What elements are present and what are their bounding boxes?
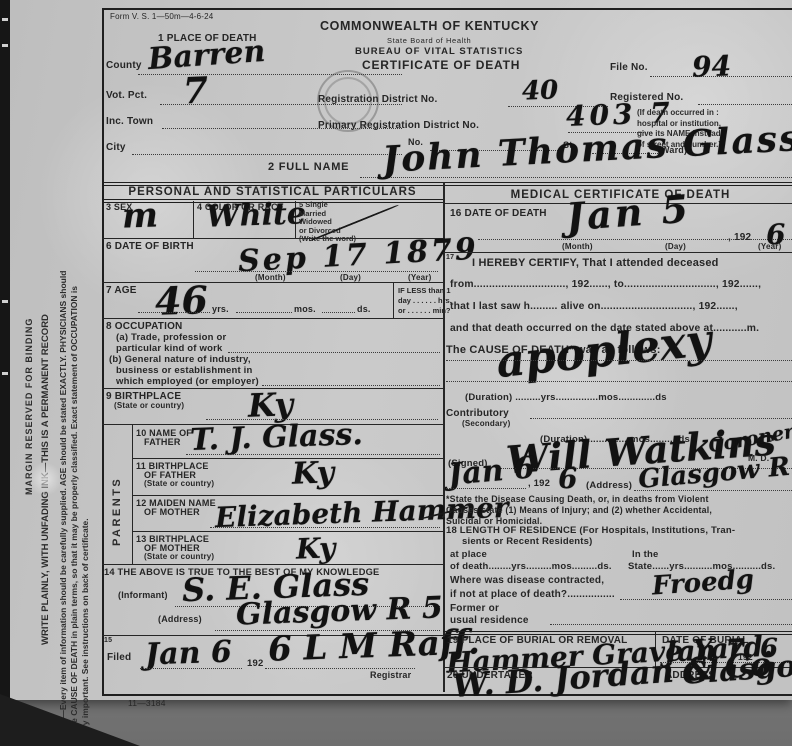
father-bp-label3: (State or country) <box>144 479 214 488</box>
father-name-label2: FATHER <box>144 437 181 447</box>
vot-pct-value: 7 <box>182 70 209 113</box>
registered-no-label: Registered No. <box>610 92 683 103</box>
full-name-label: 2 FULL NAME <box>268 161 349 173</box>
age-row-rule <box>102 318 443 319</box>
signed-date-line <box>446 488 526 489</box>
sex-value: m <box>121 195 158 236</box>
parents-cell-divider <box>132 424 133 564</box>
parents-vertical-label: PARENTS <box>111 438 123 546</box>
signed-address-line <box>634 490 792 491</box>
contracted-label2: if not at place of death?...............… <box>450 589 615 600</box>
father-bp-value: Ky <box>291 455 334 491</box>
certificate-paper: MARGIN RESERVED FOR BINDING WRITE PLAINL… <box>10 0 792 700</box>
dob-label: 6 DATE OF BIRTH <box>106 241 194 252</box>
age-label: 7 AGE <box>106 285 137 296</box>
contracted-line <box>620 599 792 600</box>
cause-line2 <box>446 381 792 382</box>
state-board-label: State Board of Health <box>387 36 471 45</box>
age-ds-line <box>322 312 355 313</box>
age-mos-line <box>236 312 292 313</box>
margin-nb-line: state CAUSE OF DEATH in plain terms, so … <box>69 28 80 738</box>
color-race-value: White <box>205 196 306 234</box>
dob-month-sub: (Month) <box>255 273 286 282</box>
county-label: County <box>106 60 142 71</box>
reg-district-value: 40 <box>521 75 558 106</box>
dod-year-sub: (Year) <box>758 242 781 251</box>
age-yrs-label: yrs. <box>212 304 229 314</box>
margin-binding-text: MARGIN RESERVED FOR BINDING <box>24 275 34 495</box>
residence-label1: 18 LENGTH OF RESIDENCE (For Hospitals, I… <box>446 525 735 536</box>
former-line <box>550 624 792 625</box>
file-no-label: File No. <box>610 62 648 73</box>
occupation-b3: which employed (or employer) <box>116 376 259 387</box>
dod-day-sub: (Day) <box>665 242 686 251</box>
residence-label2: sients or Recent Residents) <box>462 536 593 547</box>
margin-write-plainly-text: WRITE PLAINLY, WITH UNFADING INK—THIS IS… <box>40 155 51 645</box>
signed-year-value: 6 <box>557 462 578 496</box>
vot-pct-label: Vot. Pct. <box>106 90 147 101</box>
former-label1: Former or <box>450 603 499 614</box>
occupation-a1: (a) Trade, profession or <box>116 332 226 343</box>
reg-district-label: Registration District No. <box>318 94 437 105</box>
contracted-label1: Where was disease contracted, <box>450 575 604 586</box>
contributory-label: Contributory <box>446 408 509 419</box>
occupation-b2: business or establishment in <box>116 365 253 376</box>
dod-month-sub: (Month) <box>562 242 593 251</box>
filed-date-value: Jan 6 <box>144 634 232 672</box>
ifless-line: day . . . . . . hrs. <box>398 296 452 306</box>
signed-address-label: (Address) <box>586 480 632 491</box>
filed-no: 15 <box>104 637 112 644</box>
age-value: 46 <box>154 277 208 324</box>
margin-nb-note: N. B.—Every item of information should b… <box>58 28 91 738</box>
registrar-label: Registrar <box>370 670 411 680</box>
occupation-b1: (b) General nature of industry, <box>109 354 251 365</box>
certificate-title: CERTIFICATE OF DEATH <box>362 58 520 72</box>
age-mos-label: mos. <box>294 304 316 314</box>
city-label: City <box>106 142 126 153</box>
hole-punch-mark <box>28 462 62 496</box>
certify-line1: I HEREBY CERTIFY, That I attended deceas… <box>472 257 719 269</box>
city-line <box>132 154 402 155</box>
registered-no-line <box>698 104 792 105</box>
secondary-label: (Secondary) <box>462 419 510 428</box>
contributory-line <box>530 418 792 419</box>
form-number: Form V. S. 1—50m—4-6-24 <box>110 12 213 21</box>
dod-label: 16 DATE OF DEATH <box>450 208 547 219</box>
hospital-note-line: (If death occurred in : <box>637 108 721 119</box>
informant-address-label: (Address) <box>158 614 202 624</box>
commonwealth-title: COMMONWEALTH OF KENTUCKY <box>320 19 539 33</box>
dob-day-sub: (Day) <box>340 273 361 282</box>
father-name-line <box>186 454 440 455</box>
star-note-line1: *State the Disease Causing Death, or, in… <box>446 494 709 504</box>
at-place-label: at place <box>450 549 487 560</box>
file-no-value: 94 <box>691 49 731 83</box>
signed-192-label: , 192 <box>528 478 550 489</box>
certify-line3: that I last saw h......... alive on.....… <box>450 301 738 312</box>
plate-number: 11—3184 <box>128 698 166 708</box>
margin-nb-line: N. B.—Every item of information should b… <box>58 28 69 738</box>
mother-bp-label3: (State or country) <box>144 552 214 561</box>
registrar-line <box>265 668 415 669</box>
sex-cell-divider <box>193 201 194 238</box>
mother-row-rule <box>132 531 443 532</box>
occupation-a-line <box>228 352 440 353</box>
parents-bottom-rule <box>102 564 443 565</box>
edge-mark <box>2 44 8 47</box>
age-yrs-line <box>138 312 210 313</box>
dob-line <box>195 271 438 272</box>
cause-line1 <box>446 360 792 361</box>
edge-mark <box>2 300 8 303</box>
filed-192-label: 192 <box>247 658 263 669</box>
dob-year-sub: (Year) <box>408 273 431 282</box>
mother-name-line <box>210 527 440 528</box>
mother-bp-value: Ky <box>295 531 335 565</box>
former-label2: usual residence <box>450 615 529 626</box>
ifless-box: IF LESS than 1 day . . . . . . hrs. or .… <box>398 286 452 316</box>
edge-mark <box>2 372 8 375</box>
filed-label: Filed <box>107 652 131 663</box>
edge-mark <box>2 18 8 21</box>
of-death-label: of death........yrs.........mos.........… <box>450 561 612 572</box>
inc-town-label: Inc. Town <box>106 116 153 127</box>
informant-label: (Informant) <box>118 590 168 600</box>
filed-date-line <box>140 668 242 669</box>
father-row-rule <box>132 458 443 459</box>
margin-nb-line: very important. See instructions on back… <box>80 28 91 738</box>
ifless-box-divider <box>393 282 394 318</box>
primary-reg-label: Primary Registration District No. <box>318 120 479 131</box>
occupation-label: 8 OCCUPATION <box>106 321 182 332</box>
certify-line2: from.............................., 192.… <box>450 279 761 290</box>
father-name-value: T. J. Glass. <box>189 417 363 458</box>
occupation-a2: particular kind of work <box>116 343 222 354</box>
dod-row-rule <box>443 252 792 253</box>
mother-name-label2: OF MOTHER <box>144 507 200 517</box>
in-the-label: In the <box>632 549 659 560</box>
ifless-line: or . . . . . . min? <box>398 306 452 316</box>
age-ds-label: ds. <box>357 304 371 314</box>
star-note-line2: Causes state (1) Means of Injury; and (2… <box>446 505 712 515</box>
bureau-label: BUREAU OF VITAL STATISTICS <box>355 46 523 57</box>
cause-duration-label: (Duration) .........yrs...............mo… <box>465 392 667 403</box>
ifless-line: IF LESS than 1 <box>398 286 452 296</box>
birthplace-sub: (State or country) <box>114 401 184 410</box>
certify-no: 17 <box>446 254 454 261</box>
dod-192-label: , 192 <box>728 232 751 243</box>
dod-value: Jan 5 <box>565 186 693 240</box>
dob-row-rule <box>102 282 443 283</box>
